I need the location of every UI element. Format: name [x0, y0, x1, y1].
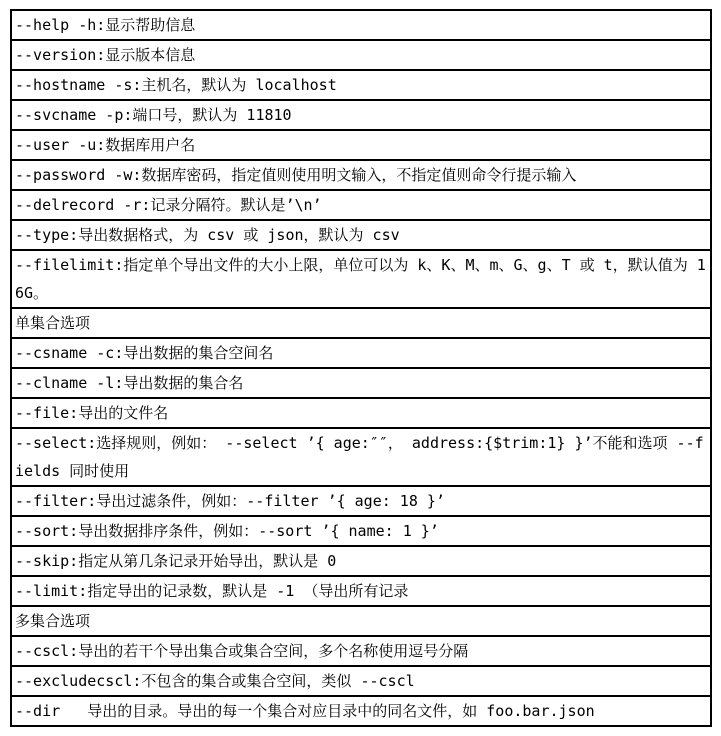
- option-row: --delrecord -r:记录分隔符。默认是’\n’: [11, 190, 711, 220]
- option-text: --select:选择规则，例如： --select ’{ age:″″， ad…: [11, 428, 711, 486]
- option-row: --limit:指定导出的记录数，默认是 -1 （导出所有记录: [11, 576, 711, 606]
- option-text: --sort:导出数据排序条件，例如：--sort ’{ name: 1 }’: [11, 516, 711, 546]
- option-text: --skip:指定从第几条记录开始导出，默认是 0: [11, 546, 711, 576]
- option-text: --hostname -s:主机名，默认为 localhost: [11, 70, 711, 100]
- option-text: --help -h:显示帮助信息: [11, 10, 711, 40]
- option-row: --dir 导出的目录。导出的每一个集合对应目录中的同名文件，如 foo.bar…: [11, 696, 711, 726]
- option-row: --type:导出数据格式，为 csv 或 json，默认为 csv: [11, 220, 711, 250]
- page: --help -h:显示帮助信息--version:显示版本信息--hostna…: [0, 0, 721, 736]
- option-row: --csname -c:导出数据的集合空间名: [11, 338, 711, 368]
- option-text: --type:导出数据格式，为 csv 或 json，默认为 csv: [11, 220, 711, 250]
- option-text: --svcname -p:端口号，默认为 11810: [11, 100, 711, 130]
- option-row: --file:导出的文件名: [11, 398, 711, 428]
- option-text: --filter:导出过滤条件，例如：--filter ’{ age: 18 }…: [11, 486, 711, 516]
- option-row: --skip:指定从第几条记录开始导出，默认是 0: [11, 546, 711, 576]
- option-text: --excludecscl:不包含的集合或集合空间，类似 --cscl: [11, 666, 711, 696]
- option-row: --user -u:数据库用户名: [11, 130, 711, 160]
- option-text: --dir 导出的目录。导出的每一个集合对应目录中的同名文件，如 foo.bar…: [11, 696, 711, 726]
- option-text: --limit:指定导出的记录数，默认是 -1 （导出所有记录: [11, 576, 711, 606]
- option-row: --clname -l:导出数据的集合名: [11, 368, 711, 398]
- section-label: 多集合选项: [11, 606, 711, 636]
- option-text: --cscl:导出的若干个导出集合或集合空间，多个名称使用逗号分隔: [11, 636, 711, 666]
- section-row: 多集合选项: [11, 606, 711, 636]
- option-row: --sort:导出数据排序条件，例如：--sort ’{ name: 1 }’: [11, 516, 711, 546]
- option-text: --version:显示版本信息: [11, 40, 711, 70]
- option-row: --password -w:数据库密码，指定值则使用明文输入，不指定值则命令行提…: [11, 160, 711, 190]
- options-table-body: --help -h:显示帮助信息--version:显示版本信息--hostna…: [11, 10, 711, 726]
- option-text: --clname -l:导出数据的集合名: [11, 368, 711, 398]
- option-row: --select:选择规则，例如： --select ’{ age:″″， ad…: [11, 428, 711, 486]
- option-text: --filelimit:指定单个导出文件的大小上限，单位可以为 k、K、M、m、…: [11, 250, 711, 308]
- option-text: --password -w:数据库密码，指定值则使用明文输入，不指定值则命令行提…: [11, 160, 711, 190]
- option-row: --version:显示版本信息: [11, 40, 711, 70]
- option-row: --filter:导出过滤条件，例如：--filter ’{ age: 18 }…: [11, 486, 711, 516]
- option-row: --excludecscl:不包含的集合或集合空间，类似 --cscl: [11, 666, 711, 696]
- option-row: --cscl:导出的若干个导出集合或集合空间，多个名称使用逗号分隔: [11, 636, 711, 666]
- option-text: --file:导出的文件名: [11, 398, 711, 428]
- section-label: 单集合选项: [11, 308, 711, 338]
- option-row: --filelimit:指定单个导出文件的大小上限，单位可以为 k、K、M、m、…: [11, 250, 711, 308]
- option-text: --delrecord -r:记录分隔符。默认是’\n’: [11, 190, 711, 220]
- option-row: --help -h:显示帮助信息: [11, 10, 711, 40]
- option-row: --svcname -p:端口号，默认为 11810: [11, 100, 711, 130]
- option-text: --user -u:数据库用户名: [11, 130, 711, 160]
- options-table: --help -h:显示帮助信息--version:显示版本信息--hostna…: [10, 9, 712, 727]
- section-row: 单集合选项: [11, 308, 711, 338]
- option-text: --csname -c:导出数据的集合空间名: [11, 338, 711, 368]
- option-row: --hostname -s:主机名，默认为 localhost: [11, 70, 711, 100]
